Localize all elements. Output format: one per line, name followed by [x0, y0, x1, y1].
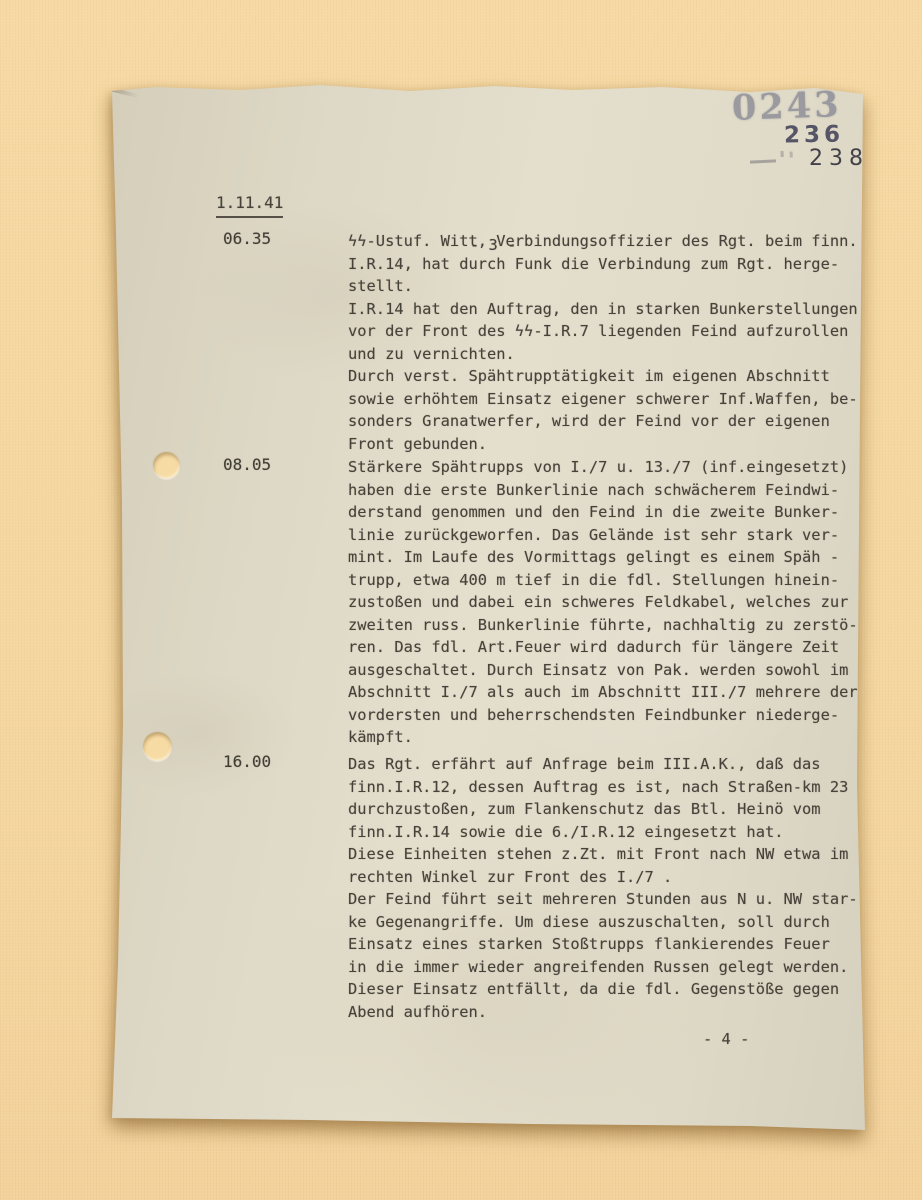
punch-hole-top: [153, 452, 180, 479]
entry-line: stellt.: [348, 275, 858, 298]
entry-line: vor der Front des ϟϟ-I.R.7 liegenden Fei…: [348, 320, 858, 343]
entry-line: Das Rgt. erfährt auf Anfrage beim III.A.…: [348, 753, 858, 776]
paper-shadow-wrap: 0243 236 238 - 3 - 1.11.41 06.35ϟϟ-Ustuf…: [0, 0, 922, 1200]
entry-line: linie zurückgeworfen. Das Gelände ist se…: [348, 524, 858, 547]
entry-line: Diese Einheiten stehen z.Zt. mit Front n…: [348, 843, 858, 866]
folio-stamp-mid: 236: [784, 121, 844, 148]
entry-line: vordersten und beherrschendsten Feindbun…: [348, 704, 858, 727]
entry-line: kämpft.: [348, 726, 858, 749]
entry-line: sonders Granatwerfer, wird der Feind vor…: [348, 410, 858, 433]
entry-line: ren. Das fdl. Art.Feuer wird dadurch für…: [348, 636, 858, 659]
entry-line: Der Feind führt seit mehreren Stunden au…: [348, 888, 858, 911]
entry-text-block: Das Rgt. erfährt auf Anfrage beim III.A.…: [348, 753, 858, 1023]
entry-line: finn.I.R.12, dessen Auftrag es ist, nach…: [348, 776, 858, 799]
entry-time: 08.05: [223, 454, 271, 477]
entry-line: Front gebunden.: [348, 433, 858, 456]
entry-line: finn.I.R.14 sowie die 6./I.R.12 eingeset…: [348, 821, 858, 844]
entry-line: Dieser Einsatz entfällt, da die fdl. Geg…: [348, 978, 858, 1001]
entry-line: ke Gegenangriffe. Um diese auszuschalten…: [348, 911, 858, 934]
entry-line: zweiten russ. Bunkerlinie führte, nachha…: [348, 614, 858, 637]
entry-line: zustoßen und dabei ein schweres Feldkabe…: [348, 591, 858, 614]
entry-line: haben die erste Bunkerlinie nach schwäch…: [348, 479, 858, 502]
torn-corner-top-left: [109, 87, 139, 98]
date-heading: 1.11.41: [216, 192, 283, 218]
document-page: 0243 236 238 - 3 - 1.11.41 06.35ϟϟ-Ustuf…: [110, 84, 865, 1132]
entry-line: trupp, etwa 400 m tief in die fdl. Stell…: [348, 569, 858, 592]
entry-text-block: Stärkere Spähtrupps von I./7 u. 13./7 (i…: [348, 456, 858, 749]
folio-stamp-small: 238: [809, 146, 869, 171]
page-number-bottom: - 4 -: [703, 1028, 749, 1051]
entry-line: Abschnitt I./7 als auch im Abschnitt III…: [348, 681, 858, 704]
entry-line: I.R.14 hat den Auftrag, den in starken B…: [348, 298, 858, 321]
entry-line: I.R.14, hat durch Funk die Verbindung zu…: [348, 253, 858, 276]
entry-line: ausgeschaltet. Durch Einsatz von Pak. we…: [348, 659, 858, 682]
entry-line: mint. Im Laufe des Vormittags gelingt es…: [348, 546, 858, 569]
entry-line: ϟϟ-Ustuf. Witt, Verbindungsoffizier des …: [348, 230, 858, 253]
entry-text-block: ϟϟ-Ustuf. Witt, Verbindungsoffizier des …: [348, 230, 858, 455]
faint-stamp-mark: [750, 159, 776, 163]
entry-line: Abend aufhören.: [348, 1001, 858, 1024]
entry-line: in die immer wieder angreifenden Russen …: [348, 956, 858, 979]
entry-line: derstand genommen und den Feind in die z…: [348, 501, 858, 524]
entry-line: sowie erhöhtem Einsatz eigener schwerer …: [348, 388, 858, 411]
entry-line: Einsatz eines starken Stoßtrupps flankie…: [348, 933, 858, 956]
entry-line: und zu vernichten.: [348, 343, 858, 366]
entry-time: 06.35: [223, 228, 271, 251]
entry-time: 16.00: [223, 751, 271, 774]
torn-top-edge: [514, 84, 861, 88]
entry-line: Stärkere Spähtrupps von I./7 u. 13./7 (i…: [348, 456, 858, 479]
punch-hole-bottom: [141, 730, 174, 763]
entry-line: rechten Winkel zur Front des I./7 .: [348, 866, 858, 889]
entry-line: Durch verst. Spähtrupptätigkeit im eigen…: [348, 365, 858, 388]
entry-line: durchzustoßen, zum Flankenschutz das Btl…: [348, 798, 858, 821]
